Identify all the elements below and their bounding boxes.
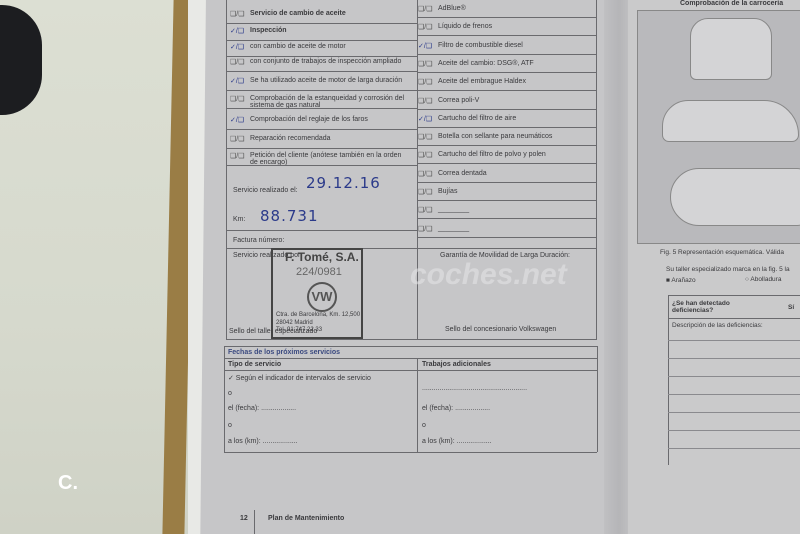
invoice-label: Factura número: <box>233 237 284 244</box>
row-divider <box>226 165 417 166</box>
checkbox-icon[interactable]: ❑/❑ <box>230 152 245 160</box>
checklist-item-label: Botella con sellante para neumáticos <box>438 133 552 140</box>
checkbox-icon[interactable]: ❑/❑ <box>418 97 433 105</box>
stamp-city: 28042 Madrid <box>276 320 313 326</box>
option-scratch[interactable]: ■ Arañazo <box>666 277 696 284</box>
row-divider <box>417 237 597 238</box>
checkbox-icon[interactable]: ✓/❑ <box>418 42 432 50</box>
stamp-number: 224/0981 <box>296 266 342 278</box>
checklist-item-label: Bujías <box>438 188 457 195</box>
car-side-view <box>662 100 799 142</box>
service-type-line: o <box>228 390 232 397</box>
service-date-value: 29.12.16 <box>306 174 381 192</box>
deficiency-description-label: Descripción de las deficiencias: <box>672 322 763 329</box>
figure-caption: Fig. 5 Representación esquemática. Válid… <box>660 249 784 256</box>
row-divider <box>417 17 597 18</box>
blank-line <box>668 412 800 413</box>
blank-line <box>668 376 800 377</box>
deficiency-answer: Sí <box>788 304 794 311</box>
page-number: 12 <box>240 515 248 522</box>
service-type-line: el (fecha): .................. <box>228 405 296 412</box>
corner-mark: C. <box>58 472 78 495</box>
checkbox-icon[interactable]: ❑/❑ <box>418 151 433 159</box>
checklist-item-label: Líquido de frenos <box>438 23 492 30</box>
vw-logo-icon: VW <box>307 282 337 312</box>
checkbox-icon[interactable]: ❑/❑ <box>230 95 245 103</box>
km-value: 88.731 <box>260 207 319 225</box>
row-divider <box>417 200 597 201</box>
checkbox-icon[interactable]: ❑/❑ <box>418 60 433 68</box>
blank-line <box>668 430 800 431</box>
checklist-item-label: Comprobación del reglaje de los faros <box>250 116 410 123</box>
row-divider <box>417 182 597 183</box>
checkbox-icon[interactable]: ❑/❑ <box>230 10 245 18</box>
checkbox-icon[interactable]: ❑/❑ <box>418 225 433 233</box>
checklist-item-label: con conjunto de trabajos de inspección a… <box>250 58 410 65</box>
row-divider <box>417 218 597 219</box>
option-dent[interactable]: ○ Abolladura <box>745 276 781 283</box>
blank-line <box>668 340 800 341</box>
service-date-label: Servicio realizado el: <box>233 187 298 194</box>
checklist-item-label: Inspección <box>250 27 410 34</box>
service-type-line: a los (km): .................. <box>228 438 298 445</box>
blank-line <box>668 394 800 395</box>
additional-work-header: Trabajos adicionales <box>422 361 491 368</box>
checkbox-icon[interactable]: ❑/❑ <box>418 206 433 214</box>
checkbox-icon[interactable]: ✓/❑ <box>230 116 244 124</box>
additional-work-line: el (fecha): .................. <box>422 405 490 412</box>
car-top-view <box>670 168 800 226</box>
stamp-address: Ctra. de Barcelona, Km. 12,500 <box>276 312 360 318</box>
row-divider <box>417 35 597 36</box>
checkbox-icon[interactable]: ❑/❑ <box>418 5 433 13</box>
checklist-item-label: ________ <box>438 225 469 232</box>
checklist-item-label: Aceite del embrague Haldex <box>438 78 526 85</box>
checklist-item-label: Aceite del cambio: DSG®, ATF <box>438 60 534 67</box>
row-divider <box>417 109 597 110</box>
row-divider <box>417 163 597 164</box>
checkbox-icon[interactable]: ❑/❑ <box>418 133 433 141</box>
checkbox-icon[interactable]: ✓/❑ <box>230 77 244 85</box>
checklist-item-label: con cambio de aceite de motor <box>250 43 410 50</box>
checklist-item-label: AdBlue® <box>438 5 466 12</box>
row-divider <box>226 40 417 41</box>
checklist-item-label: Filtro de combustible diesel <box>438 42 523 49</box>
checklist-item-label: Cartucho del filtro de aire <box>438 115 516 122</box>
additional-work-line: o <box>422 422 426 429</box>
right-page-header: Comprobación de la carrocería <box>680 0 783 7</box>
checkbox-icon[interactable]: ✓/❑ <box>230 43 244 51</box>
car-rear-view <box>690 18 772 80</box>
row-divider <box>226 108 417 109</box>
checklist-item-label: Correa dentada <box>438 170 487 177</box>
checkbox-icon[interactable]: ❑/❑ <box>418 23 433 31</box>
row-divider <box>226 71 417 72</box>
row-divider <box>417 145 597 146</box>
dealer-seal-label: Sello del concesionario Volkswagen <box>445 326 556 333</box>
row-divider <box>417 54 597 55</box>
checklist-item-label: Comprobación de la estanqueidad y corros… <box>250 95 410 109</box>
damage-instruction: Su taller especializado marca en la fig.… <box>666 266 790 273</box>
stamp-name: F. Tomé, S.A. <box>285 250 359 264</box>
row-divider <box>417 72 597 73</box>
blank-line <box>668 358 800 359</box>
service-type-line: o <box>228 422 232 429</box>
row-divider <box>226 56 417 57</box>
checklist-item-label: Reparación recomendada <box>250 135 410 142</box>
section-title: Plan de Mantenimiento <box>268 515 344 522</box>
row-divider <box>226 90 417 91</box>
checklist-item-label: ________ <box>438 206 469 213</box>
checkbox-icon[interactable]: ✓/❑ <box>230 27 244 35</box>
service-type-header: Tipo de servicio <box>228 361 281 368</box>
stamp-phone: Tel. 91 747 22 33 <box>276 327 322 333</box>
row-divider <box>226 148 417 149</box>
service-type-line: ✓ Según el indicador de intervalos de se… <box>228 374 371 382</box>
checklist-item-label: Se ha utilizado aceite de motor de larga… <box>250 77 410 84</box>
blank-line <box>668 448 800 449</box>
checkbox-icon[interactable]: ❑/❑ <box>418 188 433 196</box>
row-divider <box>226 23 417 24</box>
checkbox-icon[interactable]: ❑/❑ <box>418 78 433 86</box>
checkbox-icon[interactable]: ✓/❑ <box>418 115 432 123</box>
additional-work-line: ........................................… <box>422 385 527 392</box>
checkbox-icon[interactable]: ❑/❑ <box>418 170 433 178</box>
checkbox-icon[interactable]: ❑/❑ <box>230 135 245 143</box>
checklist-item-label: Correa poli-V <box>438 97 479 104</box>
deficiency-question: ¿Se han detectado deficiencias? <box>672 300 772 314</box>
row-divider <box>417 90 597 91</box>
checklist-item-label: Servicio de cambio de aceite <box>250 10 410 17</box>
km-label: Km: <box>233 216 245 223</box>
additional-work-line: a los (km): .................. <box>422 438 492 445</box>
checkbox-icon[interactable]: ❑/❑ <box>230 58 245 66</box>
watermark: coches.net <box>410 258 567 292</box>
row-divider <box>417 127 597 128</box>
next-services-title: Fechas de los próximos servicios <box>228 349 340 356</box>
row-divider <box>226 129 417 130</box>
checklist-item-label: Cartucho del filtro de polvo y polen <box>438 151 546 158</box>
checklist-item-label: Petición del cliente (anótese también en… <box>250 152 410 166</box>
